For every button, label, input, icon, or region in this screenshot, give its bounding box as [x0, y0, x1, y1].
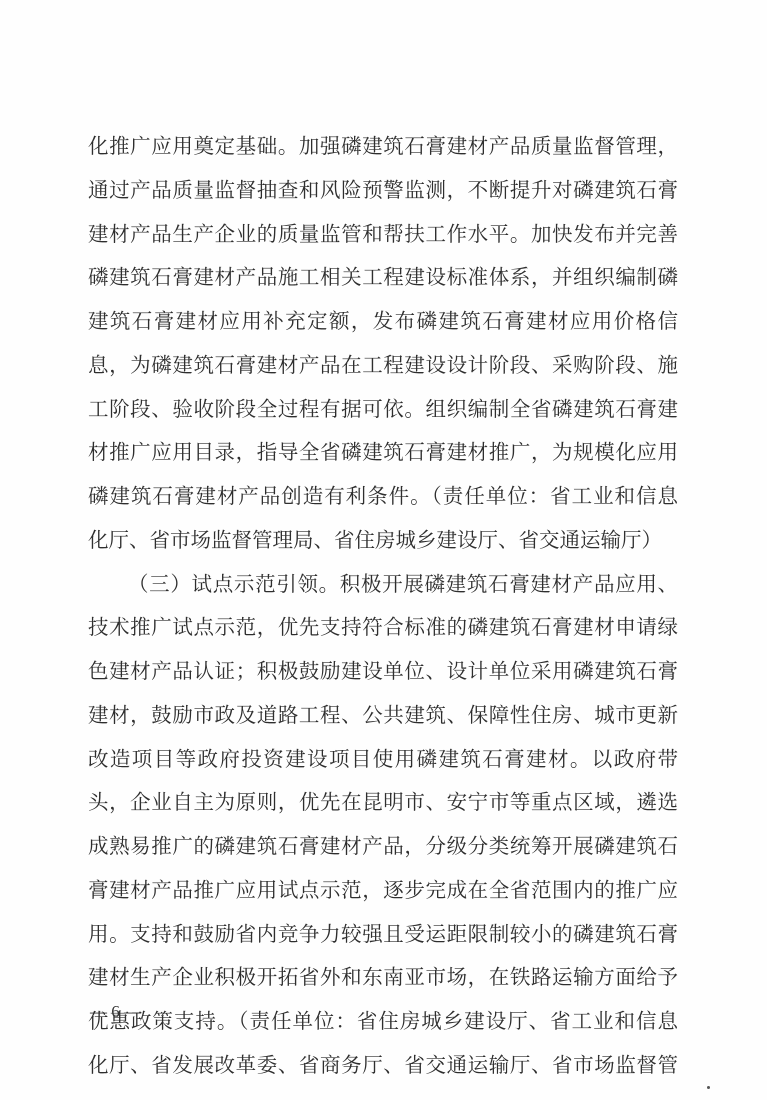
- text-line: 建材，鼓励市政及道路工程、公共建筑、保障性住房、城市更新: [88, 694, 678, 738]
- text-line: 化推广应用奠定基础。加强磷建筑石膏建材产品质量监督管理，: [88, 125, 678, 169]
- text-line: 头，企业自主为原则，优先在昆明市、安宁市等重点区域，遴选: [88, 781, 678, 825]
- document-page: 化推广应用奠定基础。加强磷建筑石膏建材产品质量监督管理， 通过产品质量监督抽查和…: [0, 0, 767, 1100]
- page-number: — 6 —: [90, 1000, 141, 1024]
- text-line: 建材产品生产企业的质量监管和帮扶工作水平。加快发布并完善: [88, 213, 678, 257]
- text-line: 息，为磷建筑石膏建材产品在工程建设设计阶段、采购阶段、施: [88, 344, 678, 388]
- text-line: 用。支持和鼓励省内竞争力较强且受运距限制较小的磷建筑石膏: [88, 913, 678, 957]
- text-line: 色建材产品认证；积极鼓励建设单位、设计单位采用磷建筑石膏: [88, 650, 678, 694]
- text-line: 建筑石膏建材应用补充定额，发布磷建筑石膏建材应用价格信: [88, 300, 678, 344]
- text-line: 材推广应用目录，指导全省磷建筑石膏建材推广，为规模化应用: [88, 431, 678, 475]
- text-line: 膏建材产品推广应用试点示范，逐步完成在全省范围内的推广应: [88, 869, 678, 913]
- text-line: 通过产品质量监督抽查和风险预警监测，不断提升对磷建筑石膏: [88, 169, 678, 213]
- text-line: 化厅、省发展改革委、省商务厅、省交通运输厅、省市场监督管: [88, 1044, 678, 1088]
- text-line: 工阶段、验收阶段全过程有据可依。组织编制全省磷建筑石膏建: [88, 388, 678, 432]
- text-line: 优惠政策支持。（责任单位：省住房城乡建设厅、省工业和信息: [88, 1000, 678, 1044]
- text-line: 改造项目等政府投资建设项目使用磷建筑石膏建材。以政府带: [88, 738, 678, 782]
- text-line: 技术推广试点示范，优先支持符合标准的磷建筑石膏建材申请绿: [88, 606, 678, 650]
- body-text: 化推广应用奠定基础。加强磷建筑石膏建材产品质量监督管理， 通过产品质量监督抽查和…: [88, 125, 678, 1088]
- scan-speck: [707, 1086, 710, 1089]
- text-line: 磷建筑石膏建材产品创造有利条件。（责任单位：省工业和信息: [88, 475, 678, 519]
- text-line: 成熟易推广的磷建筑石膏建材产品，分级分类统筹开展磷建筑石: [88, 825, 678, 869]
- section-heading-line: （三）试点示范引领。积极开展磷建筑石膏建材产品应用、: [88, 563, 678, 607]
- text-line: 化厅、省市场监督管理局、省住房城乡建设厅、省交通运输厅）: [88, 519, 678, 563]
- text-line: 磷建筑石膏建材产品施工相关工程建设标准体系，并组织编制磷: [88, 256, 678, 300]
- text-line: 建材生产企业积极开拓省外和东南亚市场，在铁路运输方面给予: [88, 956, 678, 1000]
